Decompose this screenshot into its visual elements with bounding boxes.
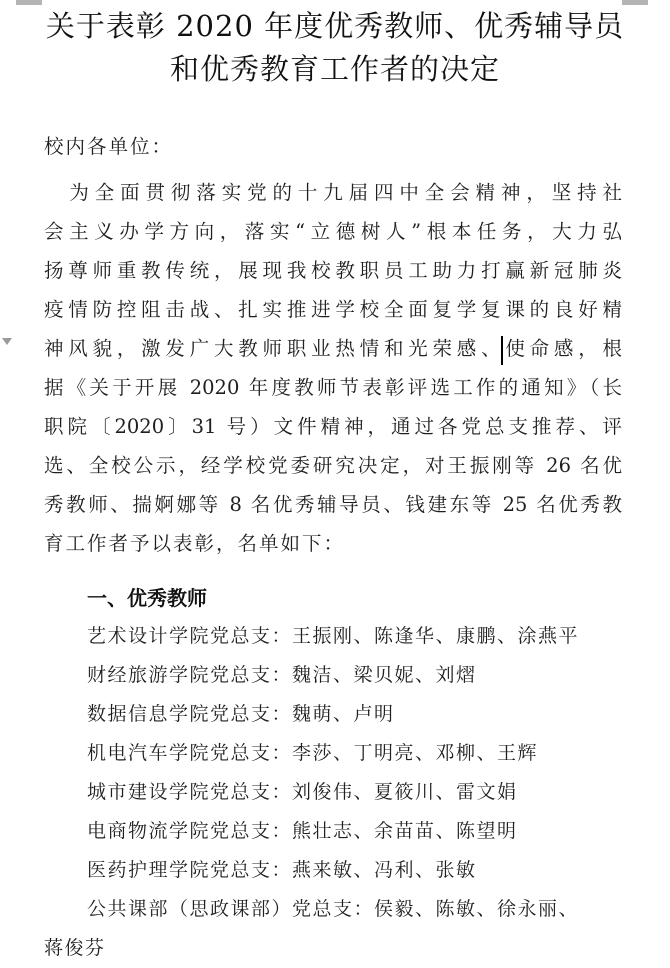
body-line: 疫情防控阻击战、扎实推进学校全面复学复课的良好精	[44, 294, 622, 322]
award-list-item: 财经旅游学院党总支：魏洁、梁贝妮、刘熠	[87, 660, 477, 687]
section-heading: 一、优秀教师	[87, 582, 207, 611]
award-list-item: 电商物流学院党总支：熊壮志、余苗苗、陈望明	[87, 816, 518, 843]
award-list-item: 机电汽车学院党总支：李莎、丁明亮、邓柳、王辉	[87, 738, 538, 765]
body-line: 为全面贯彻落实党的十九届四中全会精神，坚持社	[44, 177, 622, 205]
body-line: 育工作者予以表彰，名单如下：	[44, 528, 622, 556]
text-cursor	[501, 336, 503, 365]
body-line: 神风貌，激发广大教师职业热情和光荣感、使命感，根	[44, 333, 622, 361]
body-line: 秀教师、揣婀娜等 8 名优秀辅导员、钱建东等 25 名优秀教	[44, 489, 622, 517]
body-line: 选、全校公示，经学校党委研究决定，对王振刚等 26 名优	[44, 450, 622, 478]
award-list-item: 城市建设学院党总支：刘俊伟、夏筱川、雷文娟	[87, 777, 518, 804]
paragraph-marker-icon	[2, 338, 12, 345]
body-line: 扬尊师重教传统，展现我校教职员工助力打赢新冠肺炎	[44, 255, 622, 283]
body-line: 会主义办学方向，落实“立德树人”根本任务，大力弘	[44, 216, 622, 244]
award-list-item: 艺术设计学院党总支：王振刚、陈逢华、康鹏、涂燕平	[87, 621, 579, 648]
award-list-item: 医药护理学院党总支：燕来敏、冯利、张敏	[87, 855, 477, 882]
document-title-line-2: 和优秀教育工作者的决定	[0, 47, 670, 88]
document-title-line-1: 关于表彰 2020 年度优秀教师、优秀辅导员	[0, 4, 670, 45]
award-list-item: 公共课部（思政课部）党总支：侯毅、陈敏、徐永丽、	[87, 894, 579, 921]
body-line: 据《关于开展 2020 年度教师节表彰评选工作的通知》（长	[44, 372, 622, 400]
salutation: 校内各单位：	[44, 131, 622, 159]
body-line: 职院〔2020〕31 号）文件精神，通过各党总支推荐、评	[44, 411, 622, 439]
award-list-item-continuation: 蒋俊芬	[44, 933, 106, 960]
award-list-item: 数据信息学院党总支：魏萌、卢明	[87, 699, 395, 726]
